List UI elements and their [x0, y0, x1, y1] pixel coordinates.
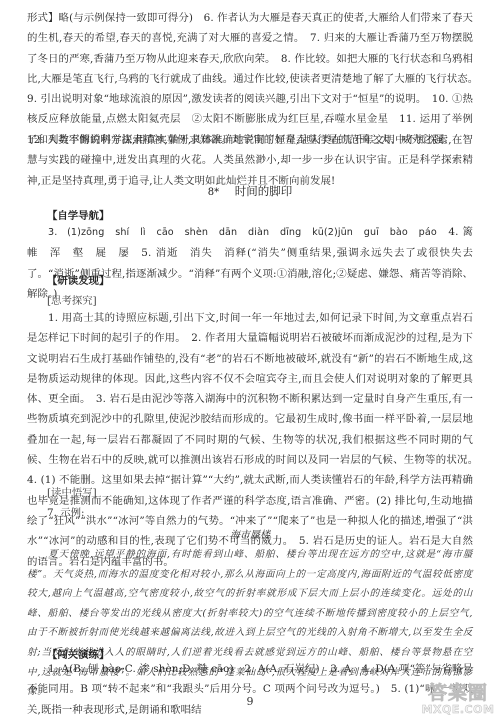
read-write-label: [读中悟写] [47, 484, 97, 499]
lesson-heading: 8* 时间的脚印 [0, 183, 500, 199]
intro-answers-paragraph: 形式】略(与示例保持一致即可得分) 6. 作者认为大雁是春天真正的使者,大雁给人… [27, 8, 473, 150]
section-research-label: 【研读发现】 [47, 272, 109, 287]
watermark-en: MXQE.COM [418, 703, 498, 716]
practice-answers: 1. A(B. 刨 bào;C. 渗 shèn;D. 糙 cāo) 2. A(A… [27, 659, 473, 720]
section-self-study-label: 【自学导航】 [47, 207, 109, 222]
answer-item-12: 12. 人类不懈的科学探索精神,始于求知欲。对宇宙的好奇,让人类在几千年文明中不… [27, 130, 473, 191]
pinyin-answers: 3. (1)zōng shí lì cāo shèn dān diàn dīng… [48, 227, 437, 238]
thinking-explore-label: [思考探究] [47, 292, 97, 307]
watermark-cn: 答案圈 [418, 683, 498, 703]
lesson-number: 8* [208, 187, 219, 198]
essay-title: 海市蜃楼 [0, 526, 500, 541]
watermark-logo: 答案圈 MXQE.COM [418, 683, 498, 716]
item-7-example-label: 7. 示例: [47, 504, 85, 519]
answer-key-page: 形式】略(与示例保持一致即可得分) 6. 作者认为大雁是春天真正的使者,大雁给人… [0, 0, 500, 723]
lesson-title: 时间的脚印 [235, 184, 293, 198]
